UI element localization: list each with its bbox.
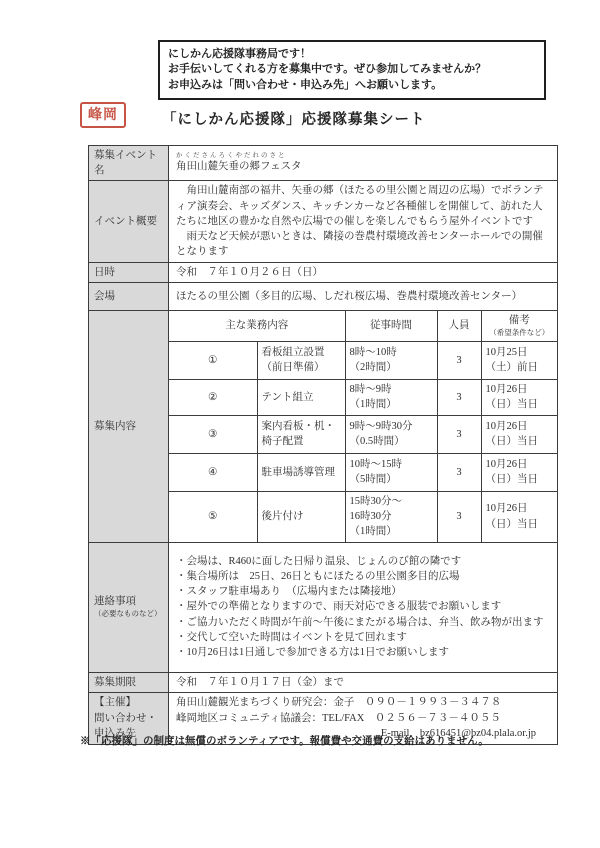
task-1-note: 10月25日 （土）前日 xyxy=(481,341,557,379)
task-4-note: 10月26日 （日）当日 xyxy=(481,453,557,491)
note-item-5: ・ご協力いただく時間が午前～午後にまたがる場合は、弁当、飲み物が出ます xyxy=(176,615,550,630)
table-row-datetime: 日時 令和 ７年１０月２６日（日） xyxy=(89,262,558,282)
task-2-num: ② xyxy=(169,379,257,415)
task-4-staff: 3 xyxy=(437,453,481,491)
event-name-label: 募集イベント名 xyxy=(89,146,169,181)
note-item-1: ・会場は、R460に面した日帰り温泉、じょんのび館の隣です xyxy=(176,554,550,569)
note-item-2: ・集合場所は 25日、26日ともにほたるの里公園多目的広場 xyxy=(176,569,550,584)
task-2-note: 10月26日 （日）当日 xyxy=(481,379,557,415)
task-4-time: 10時～15時 （5時間） xyxy=(345,453,437,491)
task-1-num: ① xyxy=(169,341,257,379)
recruit-header-task: 主な業務内容 xyxy=(169,311,345,342)
task-2-staff: 3 xyxy=(437,379,481,415)
overview-paragraph-1: 角田山麓南部の福井、矢垂の郷（ほたるの里公園と周辺の広場）でボランティア演奏会、… xyxy=(176,183,550,229)
recruit-header-note-sub: （希望条件など） xyxy=(486,328,554,339)
venue-label: 会場 xyxy=(89,282,169,310)
task-row-2: ② テント組立 8時～9時 （1時間） 3 10月26日 （日）当日 xyxy=(169,379,557,415)
note-item-6: ・交代して空いた時間はイベントを見て回れます xyxy=(176,630,550,645)
footer-note: ※「応援隊」の制度は無償のボランティアです。報償費や交通費の支給はありません。 xyxy=(80,733,560,748)
task-row-3: ③ 案内看板・机・椅子配置 9時～9時30分 （0.5時間） 3 10月26日 … xyxy=(169,415,557,453)
recruit-label: 募集内容 xyxy=(89,310,169,542)
recruitment-table: 募集イベント名 かくださんろくやだれのさと 角田山麓矢垂の郷フェスタ イベント概… xyxy=(88,145,558,745)
task-1-staff: 3 xyxy=(437,341,481,379)
document-page: にしかん応援隊事務局です！ お手伝いしてくれる方を募集中です。ぜひ参加してみませ… xyxy=(0,0,600,848)
overview-paragraph-2: 雨天など天候が悪いときは、隣接の巻農村環境改善センターホールでの開催となります xyxy=(176,229,550,259)
deadline-label: 募集期限 xyxy=(89,672,169,692)
task-5-num: ⑤ xyxy=(169,491,257,541)
page-title: 「にしかん応援隊」応援隊募集シート xyxy=(162,108,426,129)
notice-box: にしかん応援隊事務局です！ お手伝いしてくれる方を募集中です。ぜひ参加してみませ… xyxy=(158,40,546,100)
task-1-time: 8時～10時 （2時間） xyxy=(345,341,437,379)
recruit-header-row: 主な業務内容 従事時間 人員 備考 （希望条件など） xyxy=(169,311,557,342)
task-3-name: 案内看板・机・椅子配置 xyxy=(257,415,345,453)
notice-line-3: お申込みは「問い合わせ・申込み先」へお願いします。 xyxy=(168,78,536,93)
recruit-cell: 主な業務内容 従事時間 人員 備考 （希望条件など） ① 看板組立設置（前日準備… xyxy=(169,310,558,542)
task-2-name: テント組立 xyxy=(257,379,345,415)
contact-notes-sublabel: （必要なものなど） xyxy=(94,609,163,620)
notice-line-1: にしかん応援隊事務局です！ xyxy=(168,47,536,62)
deadline-value: 令和 ７年１０月１７日（金）まで xyxy=(169,672,558,692)
recruit-task-table: 主な業務内容 従事時間 人員 備考 （希望条件など） ① 看板組立設置（前日準備… xyxy=(169,311,557,542)
task-3-note: 10月26日 （日）当日 xyxy=(481,415,557,453)
contact-notes-label: 連絡事項 xyxy=(94,594,163,609)
event-name-furigana: かくださんろくやだれのさと xyxy=(176,152,550,159)
task-row-1: ① 看板組立設置（前日準備） 8時～10時 （2時間） 3 10月25日 （土）… xyxy=(169,341,557,379)
recruit-header-note-main: 備考 xyxy=(486,313,554,328)
event-name-value: 角田山麓矢垂の郷フェスタ xyxy=(176,159,550,174)
venue-value: ほたるの里公園（多目的広場、しだれ桜広場、巻農村環境改善センター） xyxy=(169,282,558,310)
note-item-7: ・10月26日は1日通しで参加できる方は1日でお願いします xyxy=(176,645,550,660)
contact-notes-label-cell: 連絡事項 （必要なものなど） xyxy=(89,542,169,672)
note-item-3: ・スタッフ駐車場あり （広場内または隣接地） xyxy=(176,584,550,599)
notice-line-2: お手伝いしてくれる方を募集中です。ぜひ参加してみませんか？ xyxy=(168,62,536,77)
recruit-header-staff: 人員 xyxy=(437,311,481,342)
datetime-label: 日時 xyxy=(89,262,169,282)
contact-notes-cell: ・会場は、R460に面した日帰り温泉、じょんのび館の隣です ・集合場所は 25日… xyxy=(169,542,558,672)
table-row-venue: 会場 ほたるの里公園（多目的広場、しだれ桜広場、巻農村環境改善センター） xyxy=(89,282,558,310)
organizer-line-1: 角田山麓観光まちづくり研究会：金子 ０９０－１９９３－３４７８ xyxy=(176,695,550,710)
table-row-deadline: 募集期限 令和 ７年１０月１７日（金）まで xyxy=(89,672,558,692)
task-2-time: 8時～9時 （1時間） xyxy=(345,379,437,415)
note-item-4: ・屋外での準備となりますので、雨天対応できる服装でお願いします xyxy=(176,599,550,614)
task-5-time: 15時30分～ 16時30分 （1時間） xyxy=(345,491,437,541)
task-3-time: 9時～9時30分 （0.5時間） xyxy=(345,415,437,453)
recruit-header-time: 従事時間 xyxy=(345,311,437,342)
task-5-staff: 3 xyxy=(437,491,481,541)
task-1-name: 看板組立設置（前日準備） xyxy=(257,341,345,379)
task-3-staff: 3 xyxy=(437,415,481,453)
table-row-overview: イベント概要 角田山麓南部の福井、矢垂の郷（ほたるの里公園と周辺の広場）でボラン… xyxy=(89,181,558,262)
district-stamp: 峰岡 xyxy=(80,102,126,128)
organizer-line-2: 峰岡地区コミュニティ協議会：TEL/FAX ０２５６－７３－４０５５ xyxy=(176,711,550,726)
overview-label: イベント概要 xyxy=(89,181,169,262)
table-row-recruit: 募集内容 主な業務内容 従事時間 人員 備考 （希望条件など） xyxy=(89,310,558,542)
table-row-event-name: 募集イベント名 かくださんろくやだれのさと 角田山麓矢垂の郷フェスタ xyxy=(89,146,558,181)
table-row-contact-notes: 連絡事項 （必要なものなど） ・会場は、R460に面した日帰り温泉、じょんのび館… xyxy=(89,542,558,672)
task-4-num: ④ xyxy=(169,453,257,491)
task-row-4: ④ 駐車場誘導管理 10時～15時 （5時間） 3 10月26日 （日）当日 xyxy=(169,453,557,491)
recruit-header-note: 備考 （希望条件など） xyxy=(481,311,557,342)
task-5-note: 10月26日 （日）当日 xyxy=(481,491,557,541)
task-5-name: 後片付け xyxy=(257,491,345,541)
task-row-5: ⑤ 後片付け 15時30分～ 16時30分 （1時間） 3 10月26日 （日）… xyxy=(169,491,557,541)
event-name-cell: かくださんろくやだれのさと 角田山麓矢垂の郷フェスタ xyxy=(169,146,558,181)
overview-cell: 角田山麓南部の福井、矢垂の郷（ほたるの里公園と周辺の広場）でボランティア演奏会、… xyxy=(169,181,558,262)
task-4-name: 駐車場誘導管理 xyxy=(257,453,345,491)
task-3-num: ③ xyxy=(169,415,257,453)
datetime-value: 令和 ７年１０月２６日（日） xyxy=(169,262,558,282)
